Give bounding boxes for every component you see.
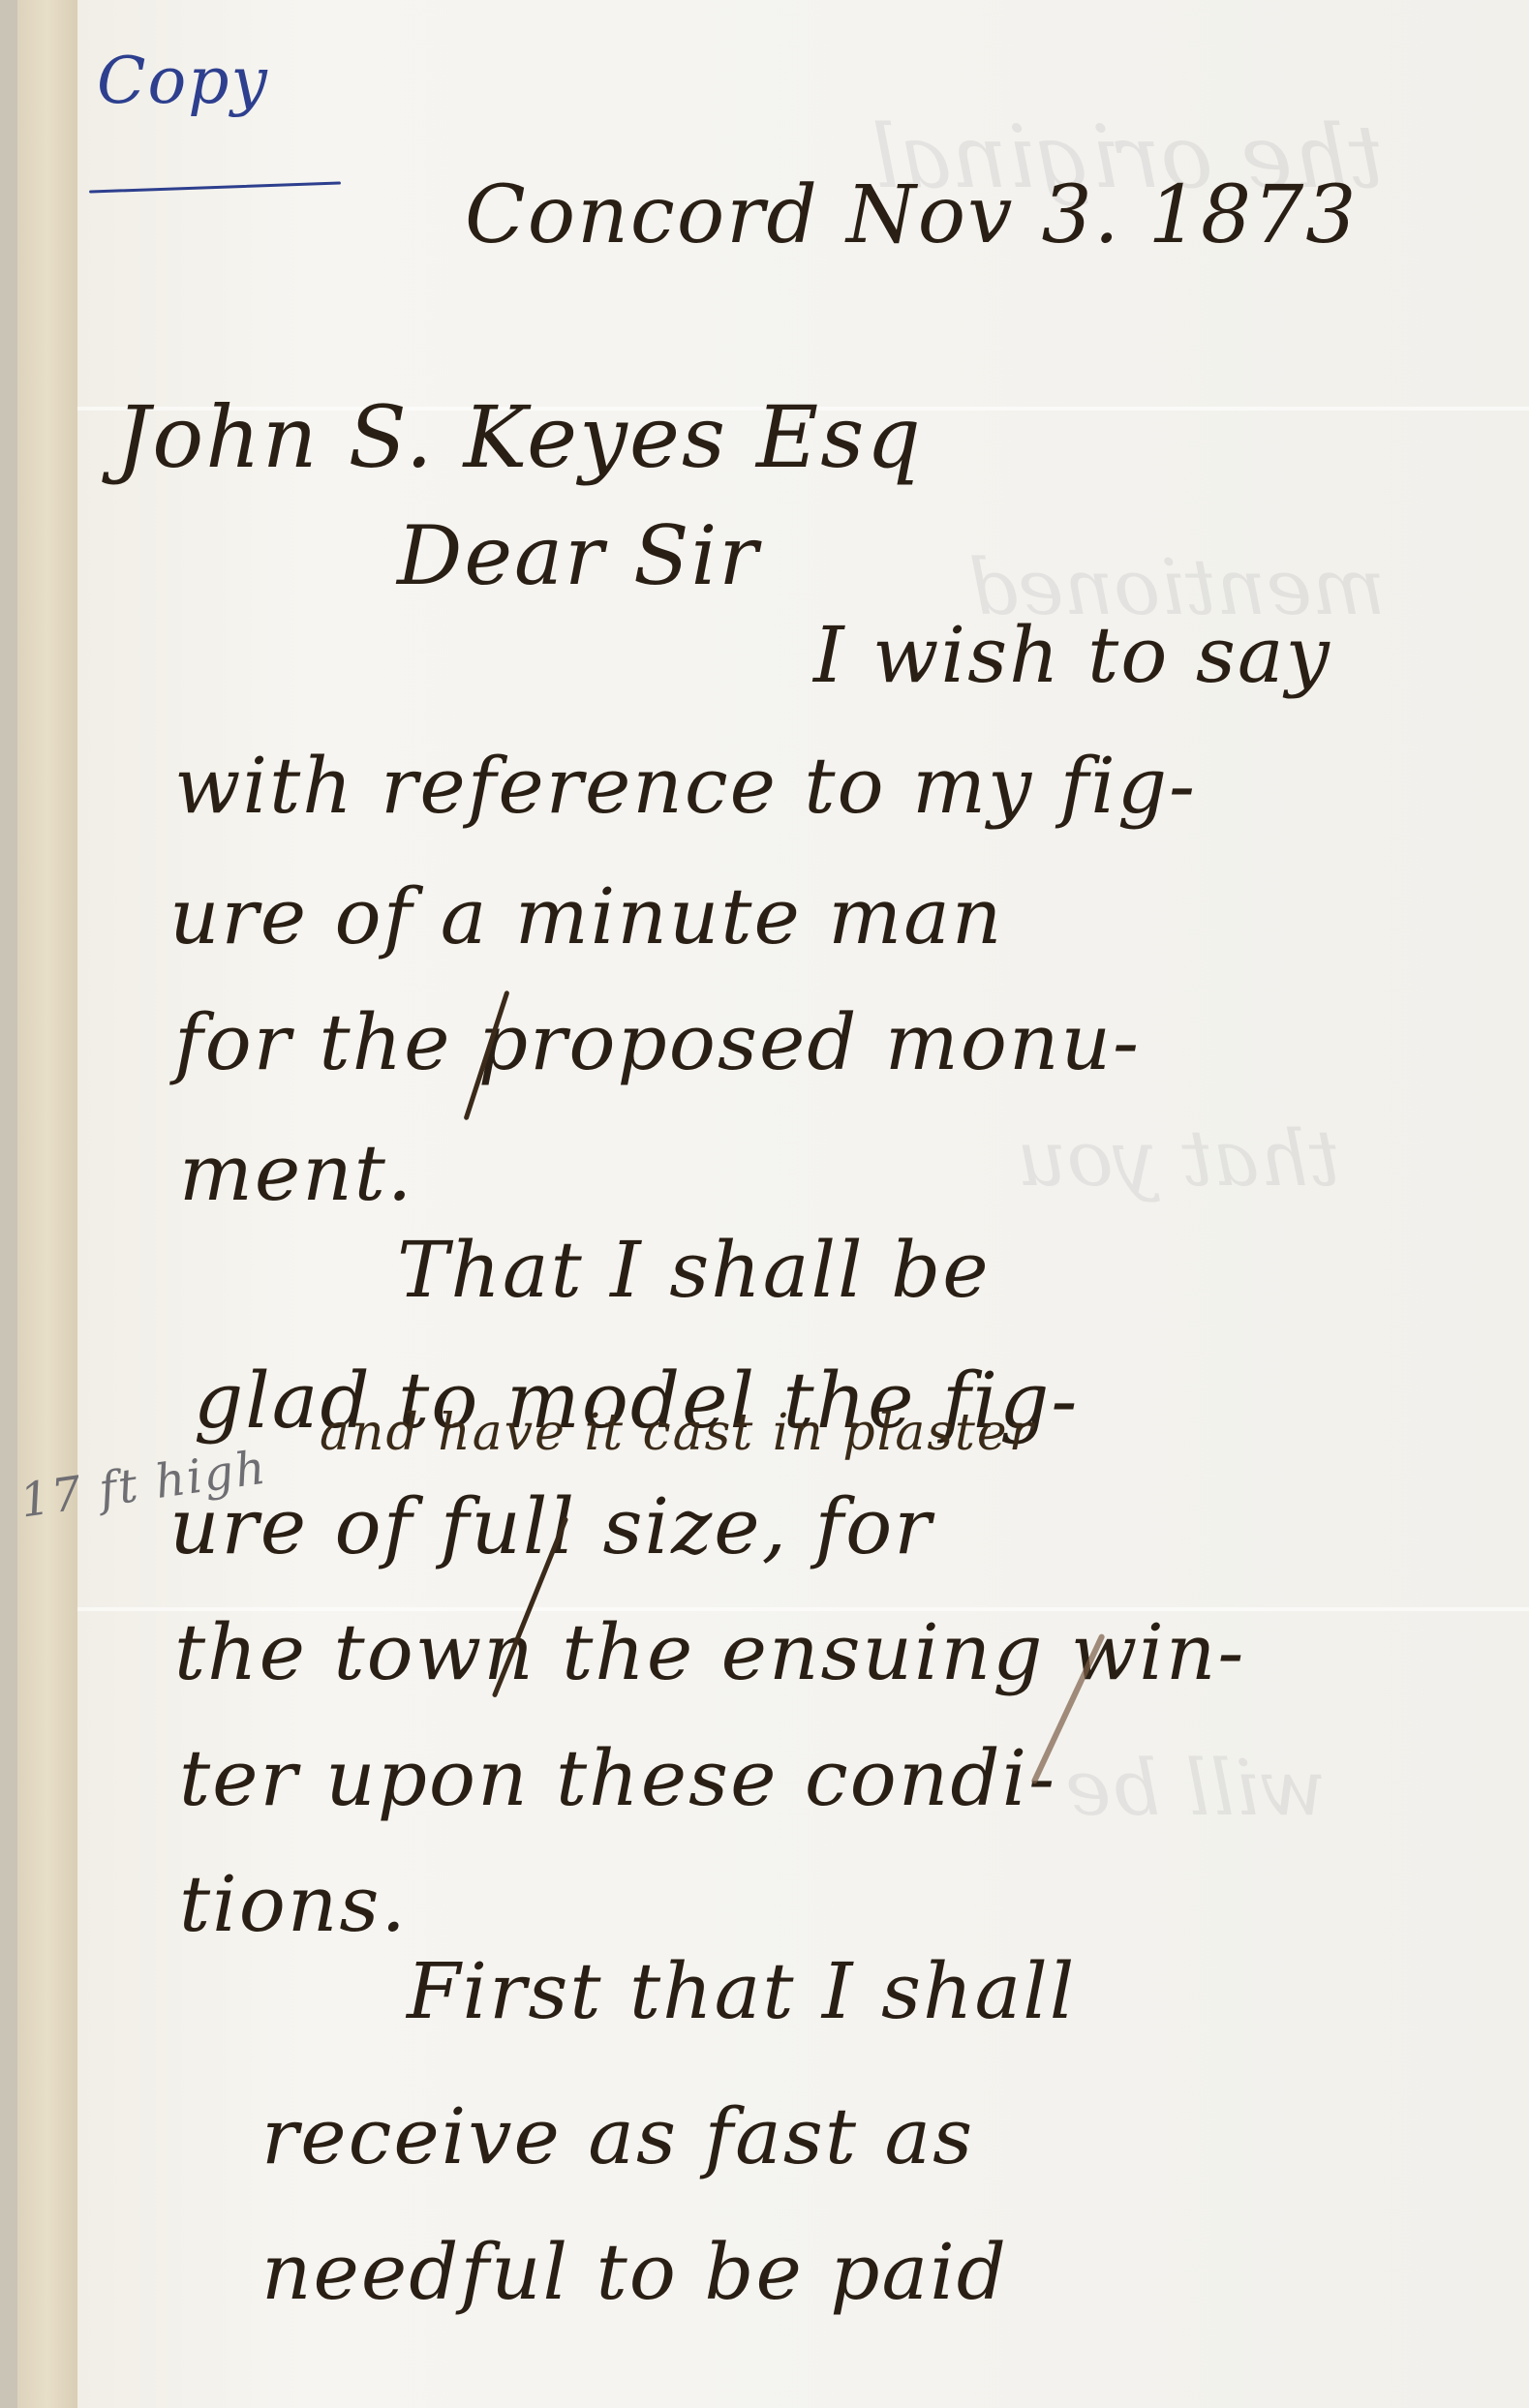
copy-underline bbox=[89, 181, 341, 193]
copy-mark: Copy bbox=[97, 44, 269, 118]
body-line: ure of a minute man bbox=[169, 871, 1003, 961]
body-line: tions. bbox=[179, 1859, 408, 1949]
body-line: the town the ensuing win- bbox=[174, 1607, 1245, 1697]
body-line: ment. bbox=[179, 1128, 413, 1218]
greeting: Dear Sir bbox=[397, 508, 760, 603]
interlinear-insertion: and have it cast in plaster bbox=[320, 1404, 1035, 1462]
show-through-text: that you bbox=[1017, 1113, 1340, 1204]
page-edge bbox=[0, 0, 17, 2408]
show-through-text: will be bbox=[1065, 1743, 1326, 1833]
body-line: receive as fast as bbox=[261, 2091, 974, 2181]
place-date: Concord Nov 3. 1873 bbox=[465, 169, 1358, 261]
body-line: First that I shall bbox=[407, 1946, 1076, 2036]
body-line: with reference to my fig- bbox=[174, 741, 1197, 831]
body-line: I wish to say bbox=[813, 610, 1331, 700]
body-line: ter upon these condi- bbox=[179, 1733, 1056, 1823]
letter-page: the original mentioned that you will be … bbox=[0, 0, 1529, 2408]
body-line: needful to be paid bbox=[261, 2227, 1008, 2317]
body-line: That I shall be bbox=[397, 1225, 991, 1315]
body-line: for the proposed monu- bbox=[174, 997, 1141, 1087]
hinge-tape bbox=[17, 0, 77, 2408]
addressee: John S. Keyes Esq bbox=[116, 387, 923, 487]
